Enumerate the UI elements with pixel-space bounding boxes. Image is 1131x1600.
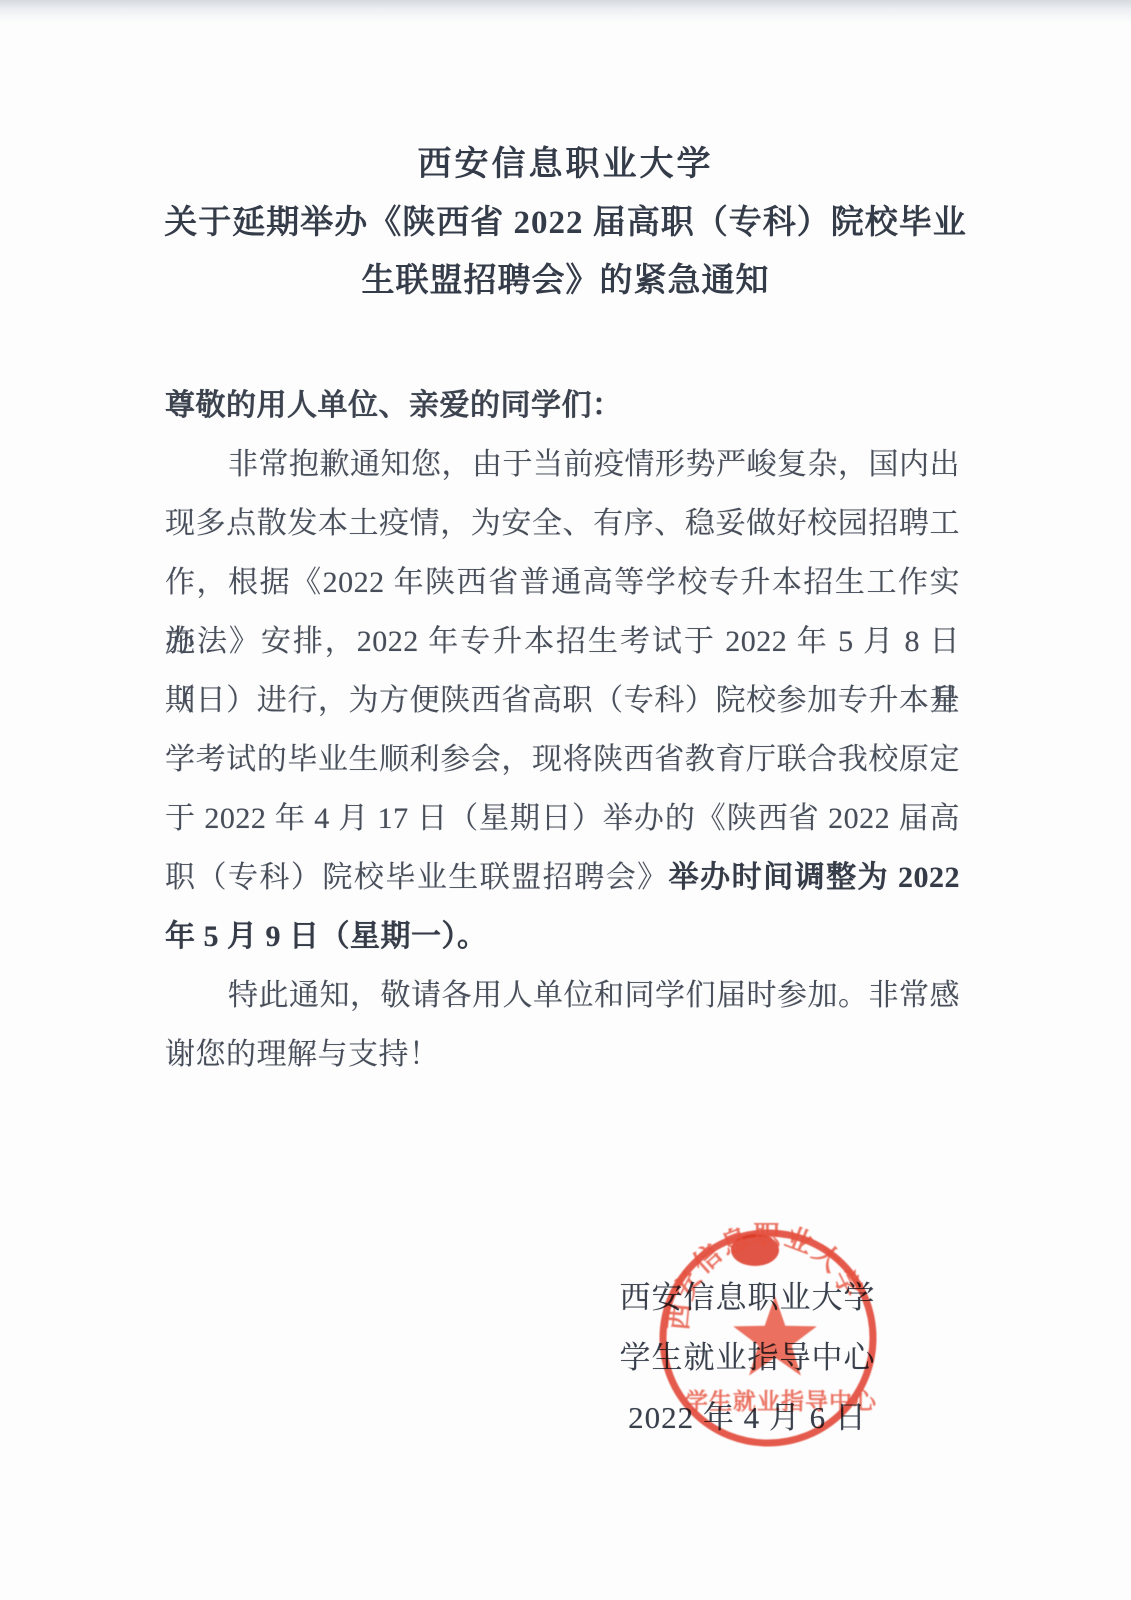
- title-line-subject-2: 生联盟招聘会》的紧急通知: [0, 252, 1131, 310]
- body-text: 学考试的毕业生顺利参会，现将陕西省教育厅联合我校原定: [165, 743, 960, 776]
- body-text: 特此通知，敬请各用人单位和同学们届时参加。非常感: [228, 979, 960, 1012]
- body-text: 非常抱歉通知您，由于当前疫情形势严峻复杂，国内出: [228, 448, 960, 481]
- svg-text:西安信息职业大学: 西安信息职业大学: [663, 1223, 867, 1332]
- title-line-subject-1: 关于延期举办《陕西省 2022 届高职（专科）院校毕业: [0, 194, 1131, 252]
- body-text: 谢您的理解与支持！: [165, 1038, 440, 1071]
- body-line: 谢您的理解与支持！: [165, 1025, 960, 1084]
- stamp-bottom-text: 学生就业指导中心: [685, 1388, 877, 1414]
- body-text: 于 2022 年 4 月 17 日（星期日）举办的《陕西省 2022 届高: [165, 802, 960, 835]
- body-line: 职（专科）院校毕业生联盟招聘会》举办时间调整为 2022: [165, 848, 960, 907]
- body-text: 职（专科）院校毕业生联盟招聘会》: [165, 861, 669, 894]
- document-title: 西安信息职业大学 关于延期举办《陕西省 2022 届高职（专科）院校毕业 生联盟…: [0, 136, 1131, 310]
- body-line: 作，根据《2022 年陕西省普通高等学校专升本招生工作实施: [165, 553, 960, 612]
- body-line: 非常抱歉通知您，由于当前疫情形势严峻复杂，国内出: [165, 435, 960, 494]
- body-line: 年 5 月 9 日（星期一）。: [165, 907, 960, 966]
- stamp-star: [733, 1296, 817, 1376]
- body-text: 期日）进行，为方便陕西省高职（专科）院校参加专升本升: [165, 684, 960, 717]
- scan-edge: [0, 0, 1131, 22]
- stamp-arc-text: 西安信息职业大学: [663, 1223, 867, 1332]
- body-line: 现多点散发本土疫情，为安全、有序、稳妥做好校园招聘工: [165, 494, 960, 553]
- document-body: 尊敬的用人单位、亲爱的同学们： 非常抱歉通知您，由于当前疫情形势严峻复杂，国内出…: [165, 376, 960, 1084]
- body-line: 特此通知，敬请各用人单位和同学们届时参加。非常感: [165, 966, 960, 1025]
- body-line: 于 2022 年 4 月 17 日（星期日）举办的《陕西省 2022 届高: [165, 789, 960, 848]
- body-text: 现多点散发本土疫情，为安全、有序、稳妥做好校园招聘工: [165, 507, 960, 540]
- body-text-emphasis: 年 5 月 9 日（星期一）。: [165, 920, 488, 953]
- body-line: 办法》安排，2022 年专升本招生考试于 2022 年 5 月 8 日（星: [165, 612, 960, 671]
- salutation: 尊敬的用人单位、亲爱的同学们：: [165, 376, 960, 435]
- notice-document: 西安信息职业大学 关于延期举办《陕西省 2022 届高职（专科）院校毕业 生联盟…: [0, 0, 1131, 1600]
- title-line-org: 西安信息职业大学: [0, 136, 1131, 194]
- body-text-emphasis: 举办时间调整为 2022: [669, 861, 960, 894]
- official-seal-stamp: 西安信息职业大学 学生就业指导中心: [653, 1223, 883, 1453]
- body-line: 期日）进行，为方便陕西省高职（专科）院校参加专升本升: [165, 671, 960, 730]
- body-line: 学考试的毕业生顺利参会，现将陕西省教育厅联合我校原定: [165, 730, 960, 789]
